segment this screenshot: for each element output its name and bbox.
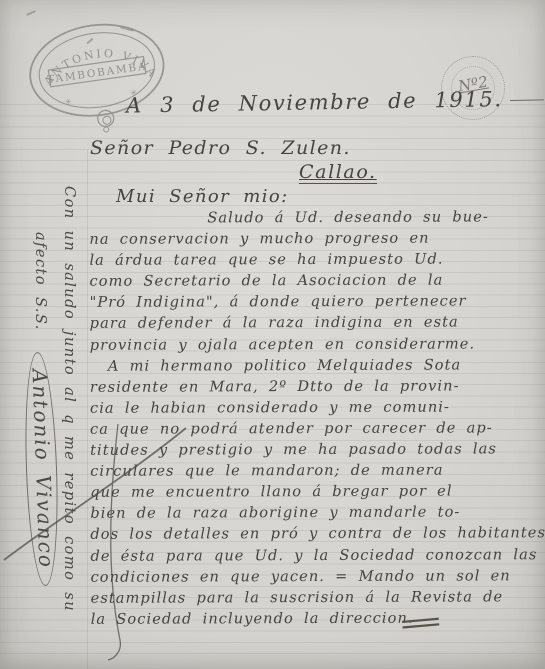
pencil-mark — [26, 10, 36, 16]
body-line: circulares que le mandaron; de manera — [90, 459, 540, 482]
margin-signature-line: afecto S.S. Antonio Vivanco — [26, 186, 57, 660]
body-line: residente en Mara, 2º Dtto de la provin- — [90, 375, 540, 398]
body-line: cia le habian considerado y me comuni- — [90, 396, 540, 419]
stamp-star-ornament: ✳ — [64, 97, 72, 107]
body-line: para defender á la raza indigina en esta — [90, 312, 540, 335]
body-line: Saludo á Ud. deseando su bue- — [89, 206, 539, 229]
body-line: titudes y prestigio y me ha pasado todas… — [90, 438, 540, 461]
stamp-blob-scribble — [97, 109, 115, 127]
body-line: de ésta para que Ud. y la Sociedad conoz… — [90, 544, 540, 567]
body-line: A mi hermano politico Melquiades Sota — [90, 354, 540, 377]
stamp-blob-scribble — [102, 116, 111, 125]
place-line: Callao. — [299, 161, 377, 184]
body-line: como Secretario de la Asociacion de la — [89, 269, 539, 292]
salutation-line: Mui Señor mio: — [116, 186, 289, 207]
signature: Antonio Vivanco — [22, 351, 61, 586]
body-line: la Sociedad incluyendo la direccion. — [91, 607, 541, 630]
margin-closing-note: Con un saludo junto al q me repito como … — [26, 186, 82, 660]
svg-text:ANTONIO VIVANCO: ANTONIO VIVANCO — [19, 10, 161, 99]
body-line: ca que no podrá atender por carecer de a… — [90, 417, 540, 440]
stamp-blob-scribble — [103, 127, 109, 133]
body-line: bien de la raza aborigine y mandarle to- — [90, 502, 540, 525]
body-line: que me encuentro llano á bregar por el — [90, 480, 540, 503]
body-line: estampillas para la suscrision á la Revi… — [91, 586, 541, 609]
date-flourish — [510, 99, 544, 101]
oval-stamp-arc-text: ANTONIO VIVANCO — [19, 10, 161, 99]
body-line: condiciones en que yacen. = Mando un sol… — [91, 565, 541, 588]
end-mark: = — [395, 604, 447, 641]
body-line: provincia y ojala acepten en considerarm… — [90, 333, 540, 356]
oval-stamp-box-text: TAMBOBAMBA — [47, 60, 148, 86]
body-line: la árdua tarea que se ha impuesto Ud. — [89, 248, 539, 271]
body-line: "Pró Indigina", á donde quiero pertenece… — [90, 291, 540, 314]
date-text: A 3 de Noviembre de 1915. — [126, 87, 503, 118]
letter-body: Saludo á Ud. deseando su bue- na conserv… — [89, 206, 540, 629]
valediction-text: afecto S.S. — [32, 232, 49, 331]
body-line: dos los detalles en pró y contra de los … — [90, 523, 540, 546]
oval-stamp: ANTONIO VIVANCO TAMBOBAMBA ✳ ✳ — [19, 10, 180, 145]
paper-crease — [87, 150, 88, 669]
body-line: na conservacion y mucho progreso en — [89, 227, 539, 250]
margin-note-text: Con un saludo junto al q me repito como … — [57, 186, 82, 660]
recipient-line: Señor Pedro S. Zulen. — [90, 137, 351, 159]
scanned-letter-page: ANTONIO VIVANCO TAMBOBAMBA ✳ ✳ Nº2 A 3 d… — [0, 0, 545, 669]
